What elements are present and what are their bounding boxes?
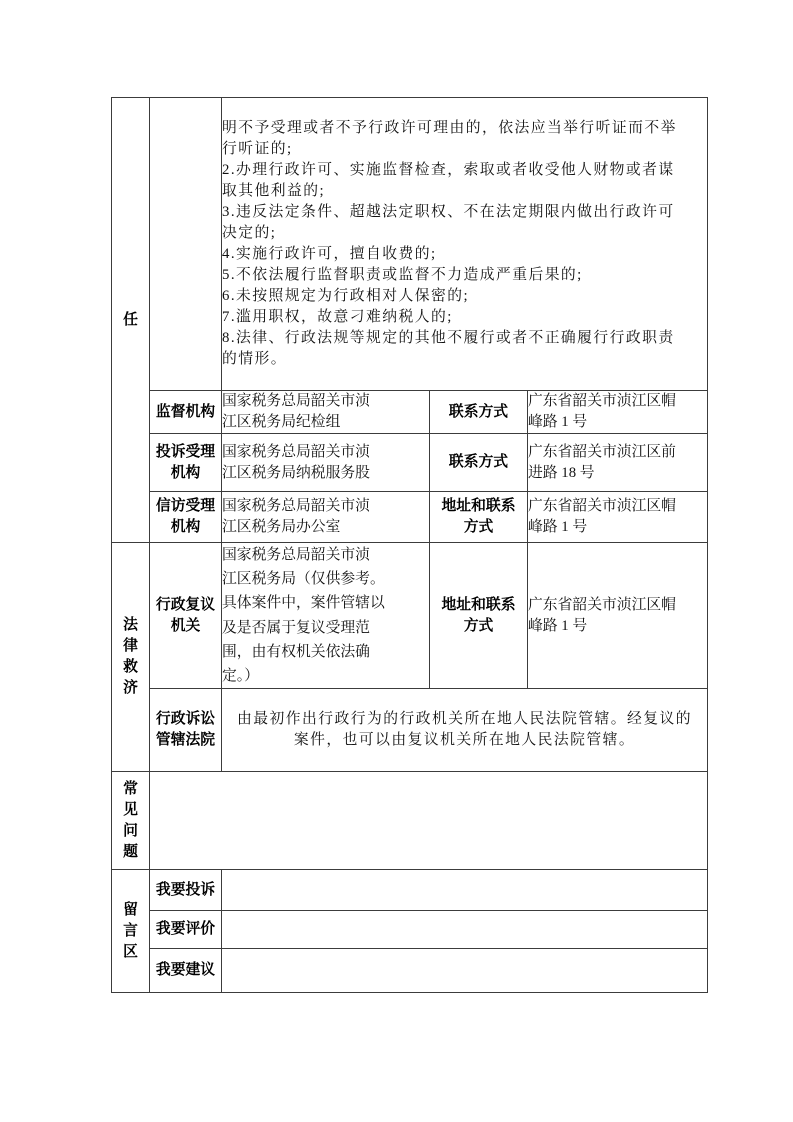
board-complaint-entry-cell — [222, 870, 708, 911]
supervision-label: 监督机构 — [150, 391, 222, 434]
supervision-address: 广东省韶关市浈江区帽 峰路 1 号 — [528, 391, 708, 434]
complaint-row: 投诉受理 机构 国家税务总局韶关市浈 江区税务局纳税服务股 联系方式 广东省韶关… — [112, 434, 708, 492]
duty-row: 任 明不予受理或者不予行政许可理由的，依法应当举行听证而不举 行听证的; 2.办… — [112, 98, 708, 391]
message-board-side-label: 留 言 区 — [112, 870, 150, 993]
legal-remedy-side-label: 法 律 救 济 — [112, 543, 150, 772]
petition-label: 信访受理 机构 — [150, 492, 222, 543]
board-suggest-row: 我要建议 — [112, 949, 708, 993]
duty-label-empty-cell — [150, 98, 222, 391]
petition-row: 信访受理 机构 国家税务总局韶关市浈 江区税务局办公室 地址和联系 方式 广东省… — [112, 492, 708, 543]
faq-side-label: 常 见 问 题 — [112, 772, 150, 870]
admin-litigation-label: 行政诉讼 管辖法院 — [150, 689, 222, 772]
faq-content-cell — [150, 772, 708, 870]
complaint-org: 国家税务总局韶关市浈 江区税务局纳税服务股 — [222, 434, 430, 492]
admin-review-contact-label: 地址和联系 方式 — [430, 543, 528, 689]
board-review-label: 我要评价 — [150, 911, 222, 949]
admin-review-address: 广东省韶关市浈江区帽 峰路 1 号 — [528, 543, 708, 689]
petition-address: 广东省韶关市浈江区帽 峰路 1 号 — [528, 492, 708, 543]
duty-side-label: 任 — [112, 98, 150, 543]
petition-contact-label: 地址和联系 方式 — [430, 492, 528, 543]
board-review-row: 我要评价 — [112, 911, 708, 949]
faq-row: 常 见 问 题 — [112, 772, 708, 870]
duty-items-text: 明不予受理或者不予行政许可理由的，依法应当举行听证而不举 行听证的; 2.办理行… — [222, 98, 708, 391]
tax-service-guide-table: 任 明不予受理或者不予行政许可理由的，依法应当举行听证而不举 行听证的; 2.办… — [111, 97, 708, 993]
supervision-contact-label: 联系方式 — [430, 391, 528, 434]
supervision-org: 国家税务总局韶关市浈 江区税务局纪检组 — [222, 391, 430, 434]
supervision-row: 监督机构 国家税务总局韶关市浈 江区税务局纪检组 联系方式 广东省韶关市浈江区帽… — [112, 391, 708, 434]
board-review-entry-cell — [222, 911, 708, 949]
board-suggest-entry-cell — [222, 949, 708, 993]
complaint-contact-label: 联系方式 — [430, 434, 528, 492]
complaint-address: 广东省韶关市浈江区前 进路 18 号 — [528, 434, 708, 492]
petition-org: 国家税务总局韶关市浈 江区税务局办公室 — [222, 492, 430, 543]
board-complaint-row: 留 言 区 我要投诉 — [112, 870, 708, 911]
admin-review-org: 国家税务总局韶关市浈 江区税务局（仅供参考。 具体案件中，案件管辖以 及是否属于… — [222, 543, 430, 689]
admin-review-label: 行政复议 机关 — [150, 543, 222, 689]
admin-litigation-row: 行政诉讼 管辖法院 由最初作出行政行为的行政机关所在地人民法院管辖。经复议的 案… — [112, 689, 708, 772]
admin-review-row: 法 律 救 济 行政复议 机关 国家税务总局韶关市浈 江区税务局（仅供参考。 具… — [112, 543, 708, 689]
board-suggest-label: 我要建议 — [150, 949, 222, 993]
board-complaint-label: 我要投诉 — [150, 870, 222, 911]
document-page: 任 明不予受理或者不予行政许可理由的，依法应当举行听证而不举 行听证的; 2.办… — [0, 0, 793, 1122]
admin-litigation-rule: 由最初作出行政行为的行政机关所在地人民法院管辖。经复议的 案件，也可以由复议机关… — [222, 689, 708, 772]
complaint-label: 投诉受理 机构 — [150, 434, 222, 492]
